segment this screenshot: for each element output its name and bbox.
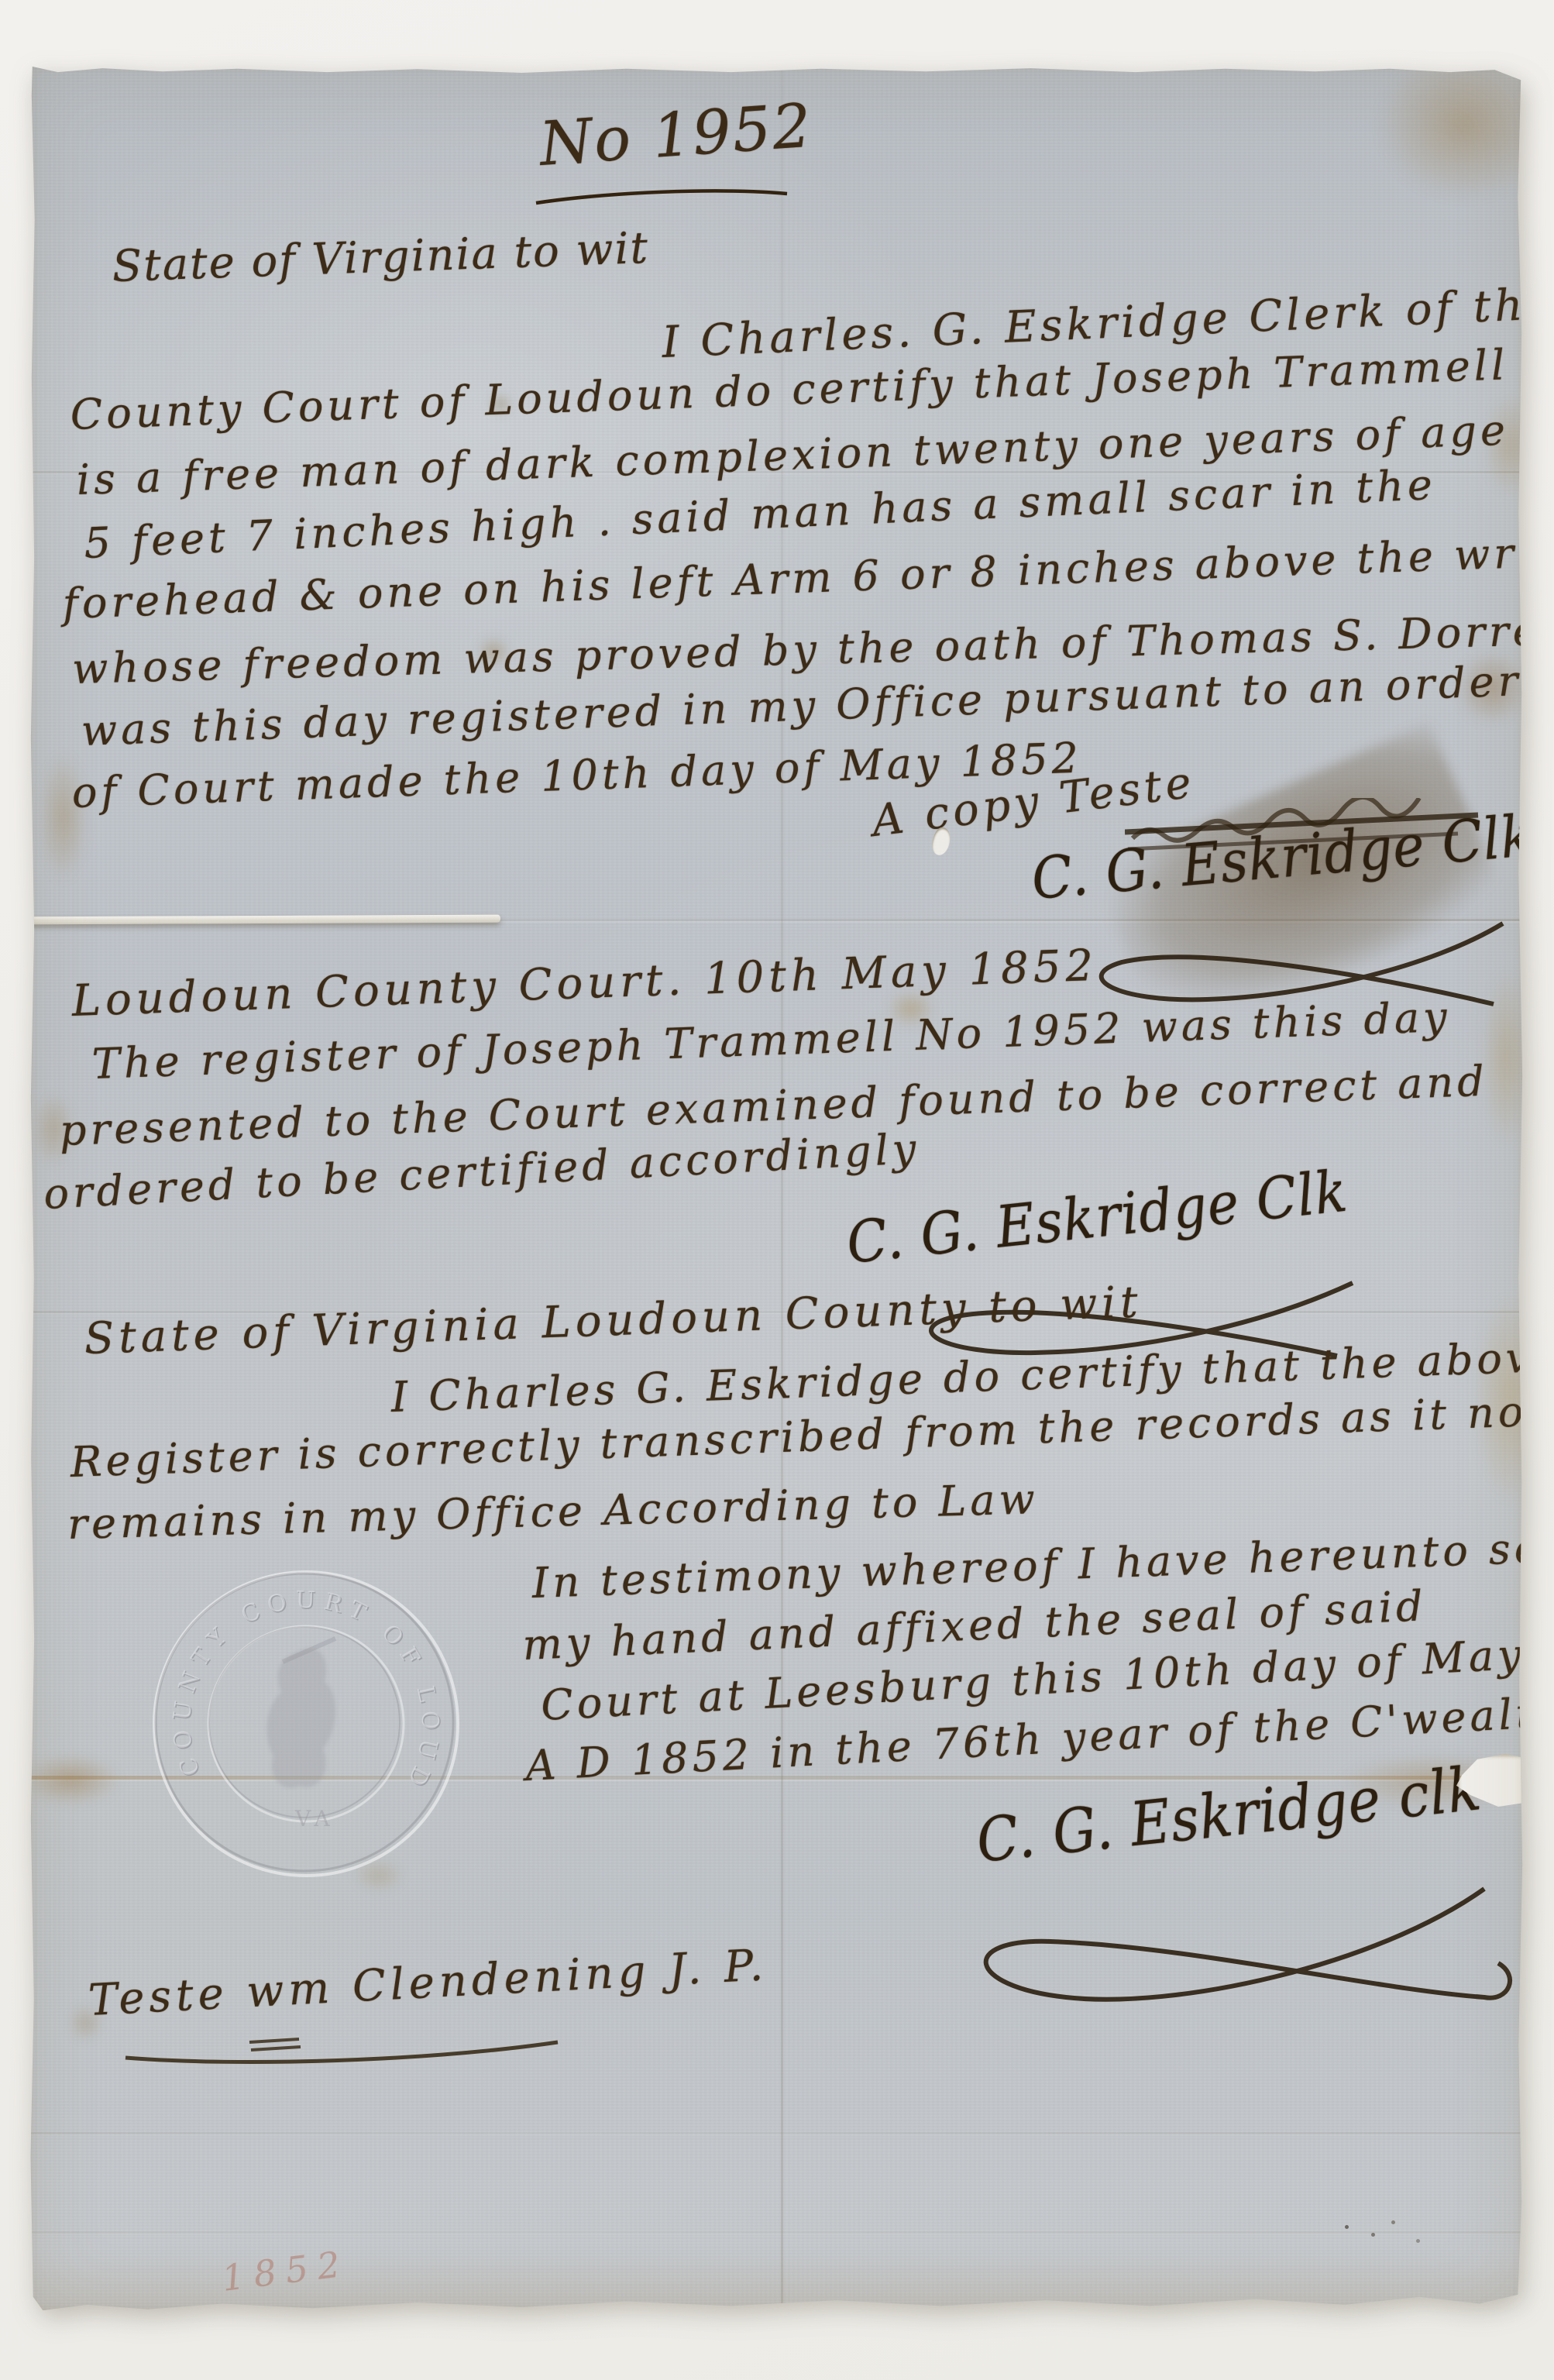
- paper-stain: [1337, 1752, 1531, 1811]
- paper-tear-notch: [1456, 1754, 1526, 1807]
- svg-text:COUNTY COURT OF LOUDOUN: COUNTY COURT OF LOUDOUN: [136, 1553, 443, 1797]
- fold-crease-vertical: [781, 62, 783, 2315]
- register-line: was this day registered in my Office pur…: [81, 656, 1523, 755]
- county-court-seal: COUNTY COURT OF LOUDOUN COUNTY COURT OF …: [136, 1553, 476, 1894]
- paper-stain: [33, 1092, 75, 1166]
- court-session-line: ordered to be certified accordingly: [43, 1124, 921, 1219]
- clerk-signature: C. G. Eskridge Clk: [844, 1158, 1351, 1277]
- testimony-line: In testimony whereof I have hereunto set: [531, 1523, 1554, 1608]
- certification-heading: State of Virginia Loudoun County to wit: [84, 1277, 1143, 1364]
- ink-smear: [1090, 722, 1508, 1051]
- seal-inner-ring: [208, 1626, 404, 1821]
- register-line: is a free man of dark complexion twenty …: [76, 405, 1510, 504]
- paper-stain: [39, 751, 88, 883]
- register-line: forehead & one on his left Arm 6 or 8 in…: [62, 527, 1554, 628]
- document-photo-frame: COUNTY COURT OF LOUDOUN COUNTY COURT OF …: [0, 0, 1554, 2380]
- document-paper: COUNTY COURT OF LOUDOUN COUNTY COURT OF …: [28, 62, 1525, 2315]
- paper-tear-fleck: [929, 826, 953, 858]
- svg-text:COUNTY COURT OF LOUDOUN: COUNTY COURT OF LOUDOUN: [136, 1553, 445, 1798]
- testimony-line: my hand and affixed the seal of said: [521, 1581, 1428, 1670]
- witness-teste-line: Teste wm Clendening J. P.: [88, 1940, 769, 2026]
- paper-stain: [886, 990, 936, 1027]
- paper-stain: [20, 1755, 121, 1805]
- seal-inner-ring-shadow: [209, 1627, 400, 1818]
- seal-outer-ring-shadow: [156, 1573, 453, 1871]
- struck-out-name-scribble: [1125, 798, 1497, 868]
- fold-crease: [28, 1311, 1525, 1313]
- clerk-signature: C. G. Eskridge clk: [974, 1754, 1485, 1876]
- seal-figure-emblem: [267, 1649, 335, 1788]
- paper-stain: [1455, 651, 1528, 724]
- register-line: County Court of Loudoun do certify that …: [70, 340, 1509, 439]
- fold-crease: [28, 2132, 1525, 2134]
- register-line: whose freedom was proved by the oath of …: [71, 605, 1554, 693]
- certification-line: Register is correctly transcribed from t…: [70, 1386, 1554, 1487]
- document-number: No 1952: [538, 91, 815, 180]
- paper-stain: [477, 637, 510, 666]
- seal-figure-staff: [283, 1639, 335, 1662]
- attestation-line: A copy Teste: [869, 757, 1198, 847]
- seal-outer-ring: [154, 1572, 458, 1876]
- signature-flourish: [841, 1275, 1384, 1368]
- signature-flourish: [942, 1867, 1531, 2022]
- testimony-line: Court at Leesburg this 10th day of May: [540, 1630, 1526, 1730]
- paper-tear-gap: [26, 915, 500, 925]
- testimony-line: A D 1852 in the 76th year of the C'wealt…: [524, 1687, 1554, 1790]
- scanned-photo: { "colors": { "mat_background": "#f0eeea…: [0, 0, 1554, 2380]
- fold-crease: [28, 471, 1525, 473]
- court-session-heading: Loudoun County Court. 10th May 1852: [71, 941, 1098, 1027]
- witness-underline-flourish: [119, 2036, 569, 2067]
- seal-ring-text: COUNTY COURT OF LOUDOUN: [136, 1553, 443, 1797]
- signature-flourish: [1029, 911, 1531, 1020]
- clerk-signature: C. G. Eskridge Clk: [1030, 803, 1536, 913]
- paper-stain: [1473, 1294, 1547, 1503]
- seal-ring-text-shadow: COUNTY COURT OF LOUDOUN: [136, 1553, 445, 1798]
- ink-specks: [1345, 2225, 1349, 2229]
- register-line: I Charles. G. Eskridge Clerk of the: [661, 279, 1554, 368]
- pencil-note: 1852: [219, 2242, 351, 2299]
- register-line: 5 feet 7 inches high . said man has a sm…: [83, 460, 1437, 568]
- fold-crease: [28, 1776, 1525, 1780]
- court-session-line: presented to the Court examined found to…: [59, 1057, 1489, 1155]
- fold-crease: [28, 2231, 1525, 2234]
- paper-stain: [68, 2005, 104, 2041]
- register-line: of Court made the 10th day of May 1852: [71, 734, 1083, 817]
- paper-stain: [353, 1859, 404, 1892]
- paper-stain: [1376, 46, 1554, 201]
- seal-bottom-text: VA: [294, 1806, 335, 1831]
- paper-edge-toning: [28, 2254, 1525, 2324]
- certification-line: remains in my Office According to Law: [67, 1474, 1039, 1549]
- paper-stain: [1481, 968, 1532, 1147]
- paper-stain: [490, 394, 511, 415]
- paper-stain: [1483, 395, 1537, 496]
- fold-crease: [28, 919, 1525, 921]
- document-number-underline: [531, 186, 795, 208]
- certification-line: I Charles G. Eskridge do certify that th…: [390, 1332, 1554, 1422]
- court-session-line: The register of Joseph Trammell No 1952 …: [91, 992, 1452, 1089]
- register-heading: State of Virginia to wit: [112, 223, 650, 292]
